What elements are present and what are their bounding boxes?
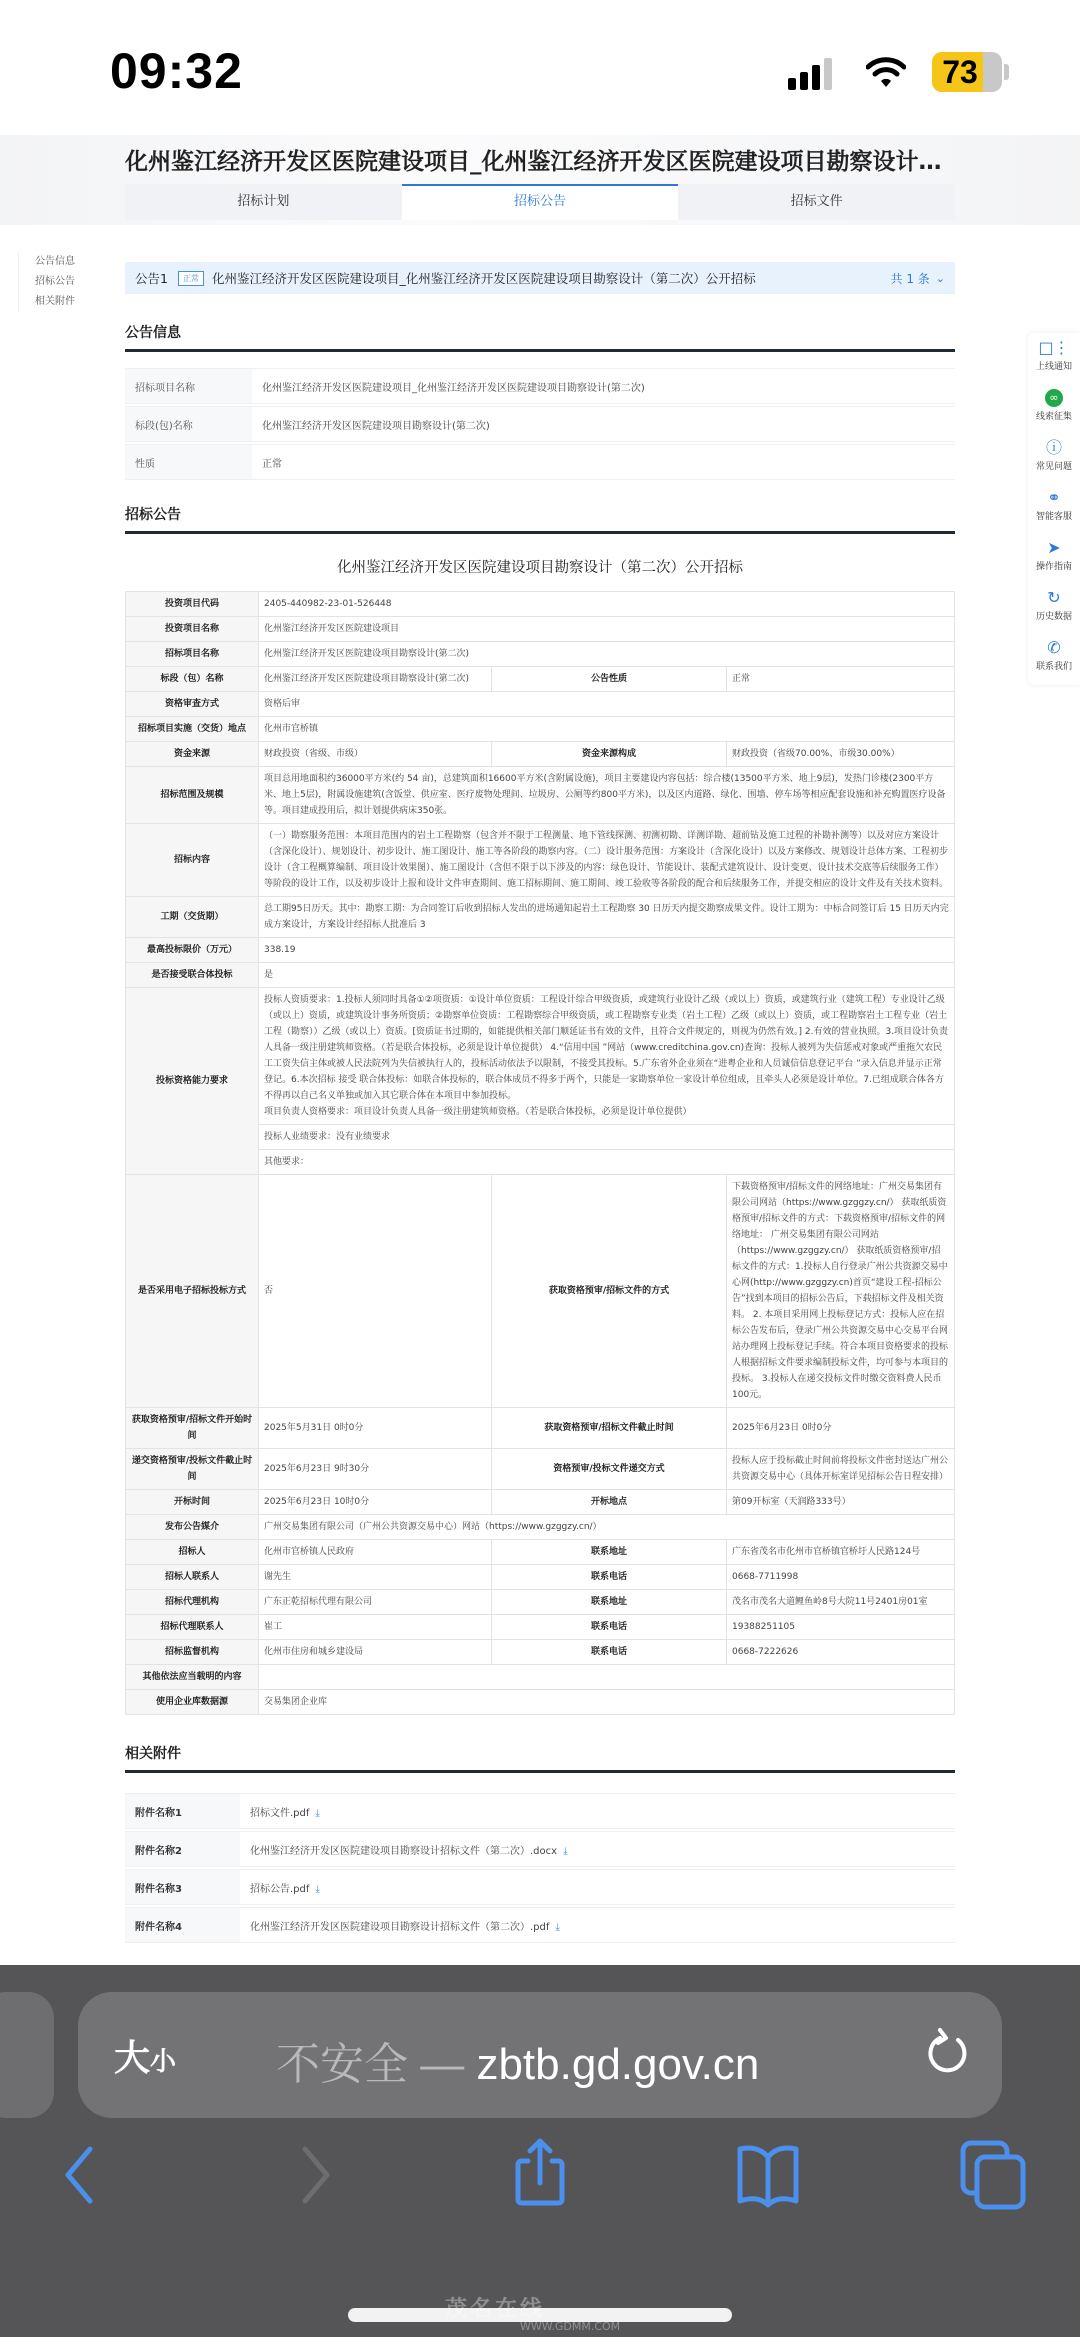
download-icon[interactable]: ⤓	[563, 1846, 567, 1857]
send-icon: ➤	[1028, 537, 1080, 559]
attachment-link[interactable]: 招标公告.pdf	[250, 1884, 309, 1895]
download-icon[interactable]: ⤓	[315, 1884, 319, 1895]
page-header: 化州鉴江经济开发区医院建设项目_化州鉴江经济开发区医院建设项目勘察设计（第...…	[0, 135, 1080, 225]
headset-icon: ⚭	[1028, 487, 1080, 509]
table-row: 发布公告媒介广州交易集团有限公司（广州公共资源交易中心）网站（https://w…	[126, 1515, 955, 1540]
table-row: 递交资格预审/投标文件截止时间2025年6月23日 9时30分资格预审/投标文件…	[126, 1449, 955, 1490]
previous-tab-pill[interactable]	[0, 1992, 54, 2118]
attachment-link[interactable]: 化州鉴江经济开发区医院建设项目勘察设计招标文件（第二次）.docx	[250, 1846, 557, 1857]
notice-title: 化州鉴江经济开发区医院建设项目_化州鉴江经济开发区医院建设项目勘察设计（第二次）…	[212, 269, 891, 287]
table-row: 开标时间2025年6月23日 10时0分开标地点第09开标室（天润路333号）	[126, 1490, 955, 1515]
table-row: 是否接受联合体投标是	[126, 963, 955, 988]
table-row: 招标人联系人谢先生联系电话0668-7711998	[126, 1565, 955, 1590]
table-row: 招标项目实施（交货）地点化州市官桥镇	[126, 717, 955, 742]
table-row: 最高投标限价（万元）338.19	[126, 938, 955, 963]
anchor-tender-notice[interactable]: 招标公告	[35, 272, 78, 292]
bookmarks-icon[interactable]	[728, 2135, 808, 2215]
battery-icon: 73	[932, 52, 1002, 92]
table-row: 标段(包)名称化州鉴江经济开发区医院建设项目勘察设计(第二次)	[125, 406, 955, 442]
section-title-attachments: 相关附件	[125, 1743, 955, 1773]
table-row: 投资项目名称化州鉴江经济开发区医院建设项目	[126, 617, 955, 642]
tab-tender-documents[interactable]: 招标文件	[678, 184, 955, 220]
tab-tender-plan[interactable]: 招标计划	[125, 184, 402, 220]
page-title: 化州鉴江经济开发区医院建设项目_化州鉴江经济开发区医院建设项目勘察设计（第...	[125, 143, 960, 176]
main-content: 公告1 正常 化州鉴江经济开发区医院建设项目_化州鉴江经济开发区医院建设项目勘察…	[125, 262, 955, 1945]
table-row: 其他依法应当载明的内容	[126, 1665, 955, 1690]
table-row: 工期（交货期）总工期95日历天。其中：勘察工期：为合同签订后收到招标人发出的进场…	[126, 897, 955, 938]
table-row: 招标代理联系人崔工联系电话19388251105	[126, 1615, 955, 1640]
float-clue-collection[interactable]: ∞ 线索征集	[1028, 383, 1080, 433]
attachment-row: 附件名称3招标公告.pdf⤓	[125, 1869, 955, 1905]
browser-bottom-bar: 大小 不安全 — zbtb.gd.gov.cn 茂名在线 WWW.GDMM.CO…	[0, 1965, 1080, 2337]
attachment-row: 附件名称1招标文件.pdf⤓	[125, 1793, 955, 1829]
attachment-link[interactable]: 化州鉴江经济开发区医院建设项目勘察设计招标文件（第二次）.pdf	[250, 1922, 549, 1933]
table-row: 招标项目名称化州鉴江经济开发区医院建设项目勘察设计(第二次)	[126, 642, 955, 667]
cellular-signal-icon	[788, 58, 834, 90]
table-row: 投资项目代码2405-440982-23-01-526448	[126, 592, 955, 617]
phone-icon: ✆	[1028, 637, 1080, 659]
float-guide[interactable]: ➤ 操作指南	[1028, 533, 1080, 583]
battery-percent: 73	[932, 52, 988, 92]
insecure-label: 不安全 —	[276, 2040, 476, 2089]
notice-selector[interactable]: 公告1 正常 化州鉴江经济开发区医院建设项目_化州鉴江经济开发区医院建设项目勘察…	[125, 262, 955, 294]
attachment-row: 附件名称4化州鉴江经济开发区医院建设项目勘察设计招标文件（第二次）.pdf⤓	[125, 1907, 955, 1943]
section-title-notice-info: 公告信息	[125, 322, 955, 352]
question-icon: ⓘ	[1028, 437, 1080, 459]
url-display[interactable]: 不安全 — zbtb.gd.gov.cn	[276, 2028, 759, 2092]
attachment-link[interactable]: 招标文件.pdf	[250, 1808, 309, 1819]
back-icon[interactable]	[40, 2135, 120, 2215]
download-icon[interactable]: ⤓	[555, 1922, 559, 1933]
status-badge: 正常	[178, 271, 204, 286]
watermark-url: WWW.GDMM.COM	[520, 2320, 620, 2333]
anchor-attachments[interactable]: 相关附件	[35, 292, 78, 312]
float-faq[interactable]: ⓘ 常见问题	[1028, 433, 1080, 483]
wifi-icon	[866, 55, 906, 89]
download-icon[interactable]: ⤓	[315, 1808, 319, 1819]
chevron-down-icon[interactable]: ⌄	[936, 272, 945, 285]
float-smart-service[interactable]: ⚭ 智能客服	[1028, 483, 1080, 533]
tab-tender-notice[interactable]: 招标公告	[402, 184, 679, 220]
notice-info-table: 招标项目名称化州鉴江经济开发区医院建设项目_化州鉴江经济开发区医院建设项目勘察设…	[125, 366, 955, 482]
status-bar: 09:32 73	[0, 0, 1080, 135]
browser-toolbar	[0, 2135, 1080, 2225]
table-row: 是否采用电子招标投标方式否获取资格预审/招标文件的方式下载资格预审/招标文件的网…	[126, 1175, 955, 1408]
table-row: 招标范围及规模项目总用地面积约36000平方米(约 54 亩)，总建筑面积166…	[126, 767, 955, 824]
battery-cap	[1004, 64, 1009, 80]
notice-count: 共 1 条	[891, 270, 930, 287]
table-row: 标段（包）名称化州鉴江经济开发区医院建设项目勘察设计(第二次)公告性质正常	[126, 667, 955, 692]
tabs-icon[interactable]	[955, 2135, 1035, 2215]
table-row: 获取资格预审/招标文件开始时间2025年5月31日 0时0分获取资格预审/招标文…	[126, 1408, 955, 1449]
table-row: 资金来源财政投资（省级、市级）资金来源构成财政投资（省级70.00%、市级30.…	[126, 742, 955, 767]
domain-text: zbtb.gd.gov.cn	[476, 2040, 759, 2089]
float-history[interactable]: ↻ 历史数据	[1028, 583, 1080, 633]
doc-title: 化州鉴江经济开发区医院建设项目勘察设计（第二次）公开招标	[125, 556, 955, 577]
anchor-notice-info[interactable]: 公告信息	[35, 252, 78, 272]
history-icon: ↻	[1028, 587, 1080, 609]
table-row: 性质正常	[125, 444, 955, 480]
table-row: 招标内容（一）勘察服务范围：本项目范围内的岩土工程勘察（包含并不限于工程测量、地…	[126, 824, 955, 897]
table-row: 招标代理机构广东正乾招标代理有限公司联系地址茂名市茂名大道鲤鱼岭8号大院11号2…	[126, 1590, 955, 1615]
float-online-notice[interactable]: □⋮ 上线通知	[1028, 333, 1080, 383]
tab-bar: 招标计划 招标公告 招标文件	[125, 184, 955, 220]
attachments-table: 附件名称1招标文件.pdf⤓ 附件名称2化州鉴江经济开发区医院建设项目勘察设计招…	[125, 1791, 955, 1945]
table-row: 招标人化州市官桥镇人民政府联系地址广东省茂名市化州市官桥镇官桥圩人民路124号	[126, 1540, 955, 1565]
text-size-button[interactable]: 大小	[114, 2030, 176, 2081]
floating-toolbar: □⋮ 上线通知 ∞ 线索征集 ⓘ 常见问题 ⚭ 智能客服 ➤ 操作指南 ↻ 历史…	[1028, 333, 1080, 685]
reload-icon[interactable]	[918, 2022, 978, 2082]
speaker-icon: □⋮	[1028, 337, 1080, 359]
forward-icon[interactable]	[275, 2135, 355, 2215]
share-icon[interactable]	[500, 2135, 580, 2215]
table-row: 投标资格能力要求投标人资质要求：1.投标人须同时具备①②项资质：①设计单位资质：…	[126, 988, 955, 1125]
attachment-row: 附件名称2化州鉴江经济开发区医院建设项目勘察设计招标文件（第二次）.docx⤓	[125, 1831, 955, 1867]
table-row: 招标监督机构化州市住房和城乡建设局联系电话0668-7222626	[126, 1640, 955, 1665]
table-row: 招标项目名称化州鉴江经济开发区医院建设项目_化州鉴江经济开发区医院建设项目勘察设…	[125, 368, 955, 404]
table-row: 使用企业库数据源交易集团企业库	[126, 1690, 955, 1715]
section-title-tender-notice: 招标公告	[125, 504, 955, 534]
link-icon: ∞	[1045, 389, 1063, 407]
anchor-nav: 公告信息 招标公告 相关附件	[18, 252, 78, 312]
watermark: 茂名在线	[445, 2292, 545, 2323]
notice-index: 公告1	[135, 269, 168, 287]
clock: 09:32	[110, 42, 243, 100]
address-bar[interactable]: 大小 不安全 — zbtb.gd.gov.cn	[78, 1992, 1002, 2118]
float-contact[interactable]: ✆ 联系我们	[1028, 633, 1080, 683]
table-row: 资格审查方式资格后审	[126, 692, 955, 717]
tender-notice-table: 投资项目代码2405-440982-23-01-526448 投资项目名称化州鉴…	[125, 591, 955, 1715]
